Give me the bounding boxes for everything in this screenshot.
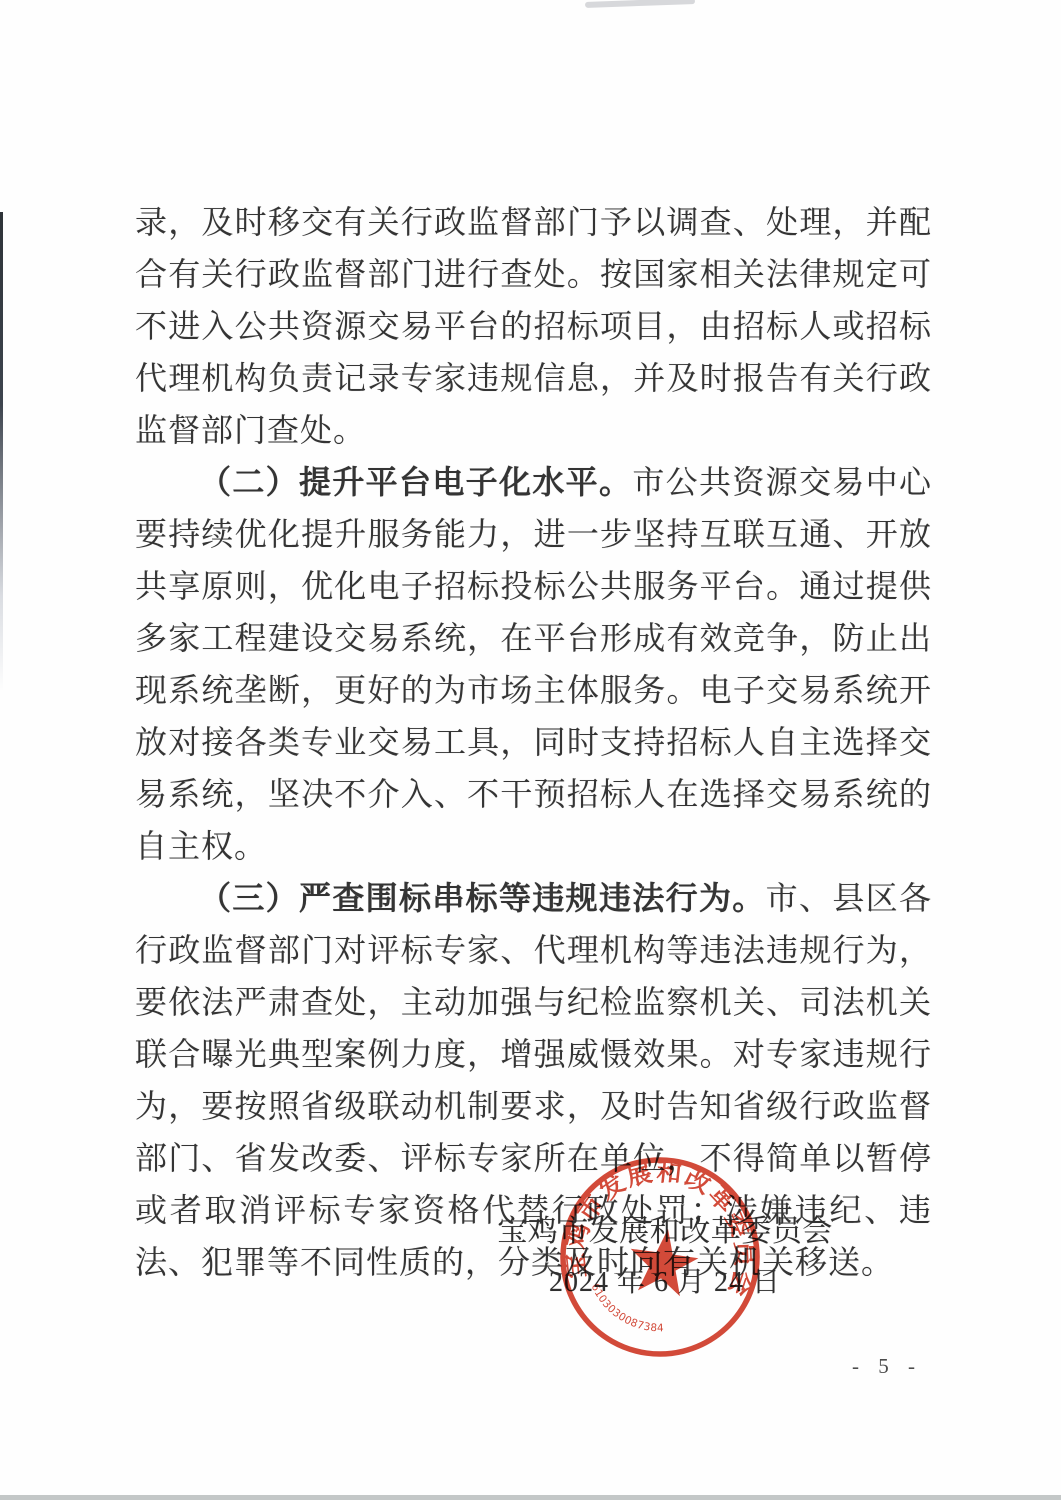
official-seal: 宝鸡市发展和改革委员会 6103030087384 — [552, 1149, 768, 1365]
document-page: 录，及时移交有关行政监督部门予以调查、处理，并配合有关行政监督部门进行查处。按国… — [0, 0, 1061, 1500]
page-number: - 5 - — [852, 1354, 922, 1379]
paragraph: 录，及时移交有关行政监督部门予以调查、处理，并配合有关行政监督部门进行查处。按国… — [135, 196, 932, 456]
paragraph-heading: （二）提升平台电子化水平。 — [199, 464, 632, 500]
scan-edge-artifact-left — [0, 212, 3, 692]
document-body: 录，及时移交有关行政监督部门予以调查、处理，并配合有关行政监督部门进行查处。按国… — [135, 196, 932, 1288]
seal-org-arc-text: 宝鸡市发展和改革委员会 — [557, 1149, 768, 1307]
paragraph-text: 录，及时移交有关行政监督部门予以调查、处理，并配合有关行政监督部门进行查处。按国… — [135, 204, 932, 448]
paragraph: （二）提升平台电子化水平。市公共资源交易中心要持续优化提升服务能力，进一步坚持互… — [135, 456, 932, 872]
scan-edge-artifact-bottom — [0, 1495, 1061, 1500]
star-icon — [625, 1224, 702, 1298]
paragraph-heading: （三）严查围标串标等违规违法行为。 — [199, 880, 766, 916]
scan-smudge-top — [585, 0, 695, 8]
paragraph-text: 市公共资源交易中心要持续优化提升服务能力，进一步坚持互联互通、开放共享原则，优化… — [135, 464, 932, 864]
